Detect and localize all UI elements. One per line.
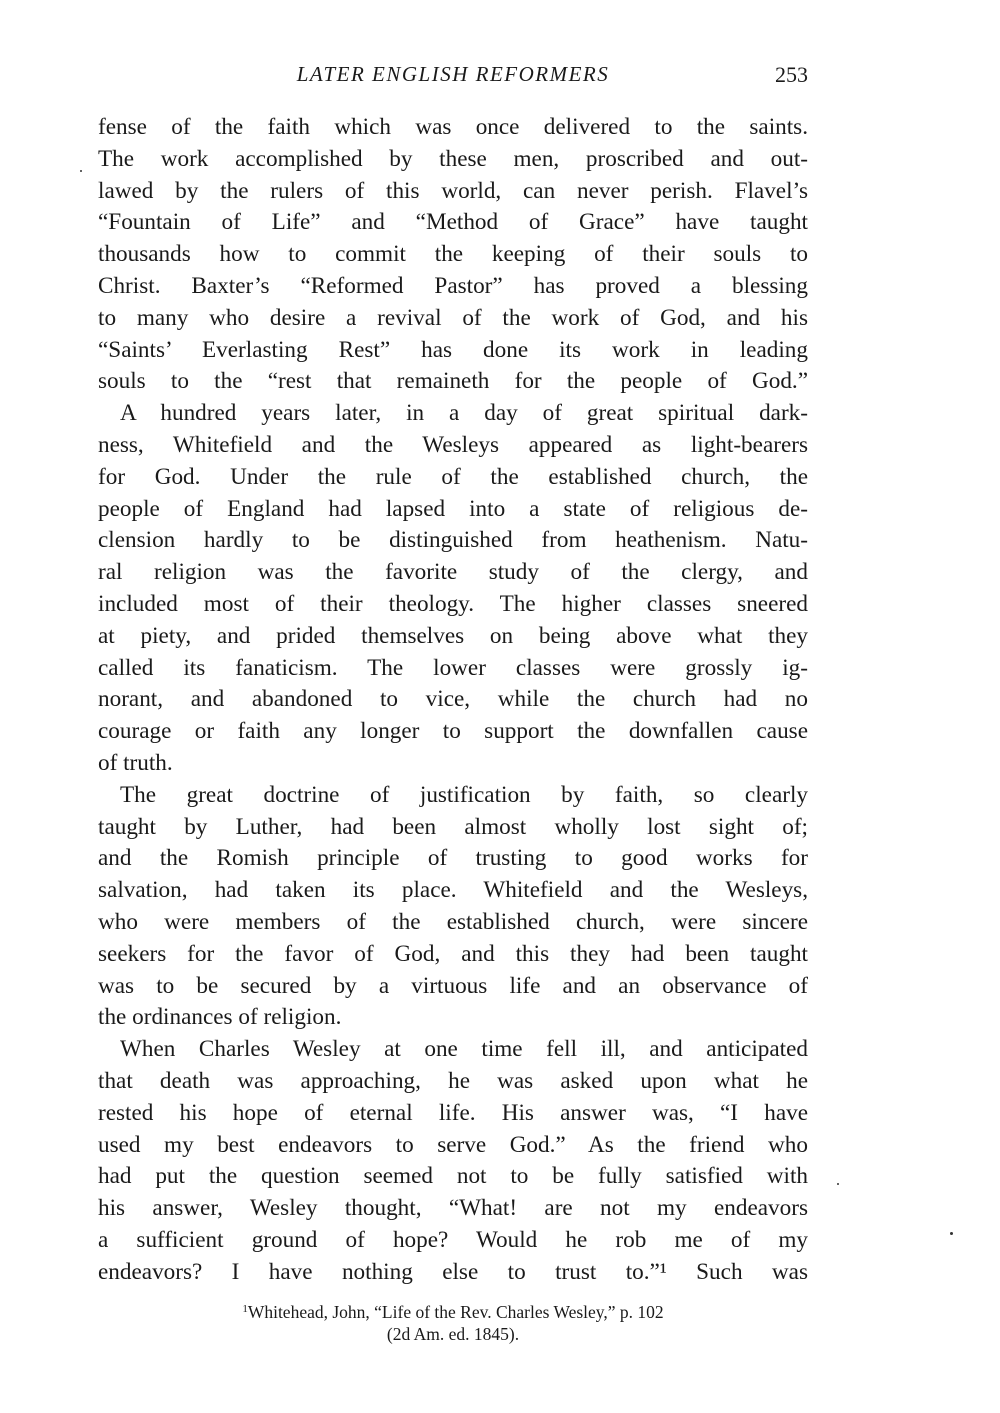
text-line: “Saints’ Everlasting Rest” has done its … [98,335,808,367]
text-line: lawed by the rulers of this world, can n… [98,176,808,208]
text-line: When Charles Wesley at one time fell ill… [98,1034,808,1066]
text-line: used my best endeavors to serve God.” As… [98,1130,808,1162]
scan-speck [837,1183,839,1185]
text-line: had put the question seemed not to be fu… [98,1161,808,1193]
footnote-text: Whitehead, John, “Life of the Rev. Charl… [248,1302,664,1322]
scan-speck [80,170,82,172]
text-line: fense of the faith which was once delive… [98,112,808,144]
text-line: ral religion was the favorite study of t… [98,557,808,589]
text-line: called its fanaticism. The lower classes… [98,653,808,685]
paragraph: A hundred years later, in a day of great… [98,398,808,780]
text-line: people of England had lapsed into a stat… [98,494,808,526]
paragraph: fense of the faith which was once delive… [98,112,808,398]
text-line: of truth. [98,748,808,780]
text-line: The great doctrine of justification by f… [98,780,808,812]
footnote-line: (2d Am. ed. 1845). [98,1323,808,1345]
text-line: a sufficient ground of hope? Would he ro… [98,1225,808,1257]
text-line: seekers for the favor of God, and this t… [98,939,808,971]
text-line: salvation, had taken its place. Whitefie… [98,875,808,907]
text-line: and the Romish principle of trusting to … [98,843,808,875]
text-line: souls to the “rest that remaineth for th… [98,366,808,398]
paragraph: When Charles Wesley at one time fell ill… [98,1034,808,1288]
text-line: rested his hope of eternal life. His ans… [98,1098,808,1130]
text-line: Christ. Baxter’s “Reformed Pastor” has p… [98,271,808,303]
body-text: fense of the faith which was once delive… [98,112,808,1288]
text-line: who were members of the established chur… [98,907,808,939]
text-line: taught by Luther, had been almost wholly… [98,812,808,844]
page-number: 253 [775,62,808,88]
scan-speck [950,1232,953,1235]
footnote-line: 1Whitehead, John, “Life of the Rev. Char… [98,1298,808,1323]
book-page: LATER ENGLISH REFORMERS 253 fense of the… [0,0,1000,1413]
running-title: LATER ENGLISH REFORMERS [98,62,808,87]
text-line: that death was approaching, he was asked… [98,1066,808,1098]
text-line: ness, Whitefield and the Wesleys appeare… [98,430,808,462]
text-line: the ordinances of religion. [98,1002,808,1034]
text-line: his answer, Wesley thought, “What! are n… [98,1193,808,1225]
text-line: norant, and abandoned to vice, while the… [98,684,808,716]
text-line: endeavors? I have nothing else to trust … [98,1257,808,1289]
text-line: thousands how to commit the keeping of t… [98,239,808,271]
text-line: The work accomplished by these men, pros… [98,144,808,176]
text-line: at piety, and prided themselves on being… [98,621,808,653]
text-line: A hundred years later, in a day of great… [98,398,808,430]
paragraph: The great doctrine of justification by f… [98,780,808,1034]
footnote: 1Whitehead, John, “Life of the Rev. Char… [98,1298,808,1345]
text-line: for God. Under the rule of the establish… [98,462,808,494]
text-line: to many who desire a revival of the work… [98,303,808,335]
text-line: included most of their theology. The hig… [98,589,808,621]
running-head: LATER ENGLISH REFORMERS 253 [98,60,808,90]
text-line: “Fountain of Life” and “Method of Grace”… [98,207,808,239]
text-line: clension hardly to be distinguished from… [98,525,808,557]
text-line: was to be secured by a virtuous life and… [98,971,808,1003]
text-line: courage or faith any longer to support t… [98,716,808,748]
